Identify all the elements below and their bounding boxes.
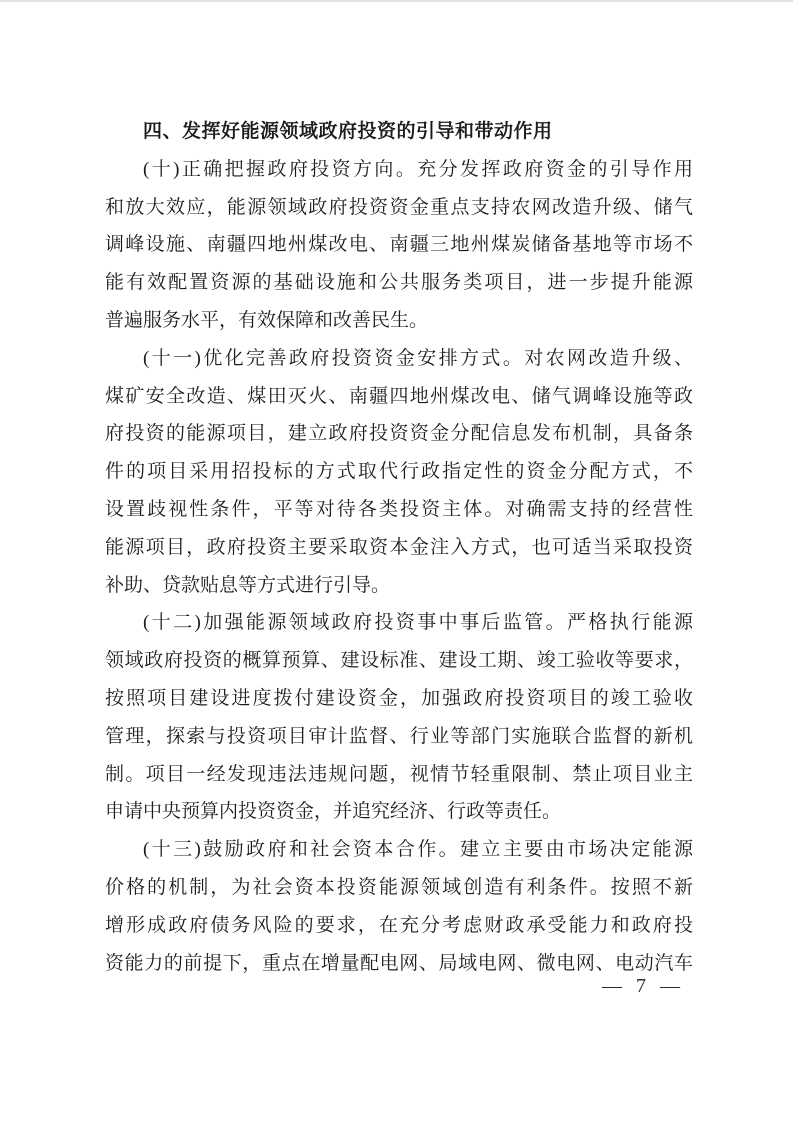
paragraph-line: 和放大效应，能源领域政府投资资金重点支持农网改造升级、储气 <box>105 189 693 227</box>
paragraph-line: (十二)加强能源领域政府投资事中事后监管。严格执行能源 <box>105 604 693 642</box>
paragraph-line: 件的项目采用招投标的方式取代行政指定性的资金分配方式，不 <box>105 453 693 491</box>
document-body: 四、发挥好能源领域政府投资的引导和带动作用 (十)正确把握政府投资方向。充分发挥… <box>105 113 693 982</box>
paragraph-13: (十三)鼓励政府和社会资本合作。建立主要由市场决定能源 价格的机制，为社会资本投… <box>105 831 693 982</box>
page-number: — 7 — <box>105 972 680 1000</box>
paragraph-line: 价格的机制，为社会资本投资能源领域创造有利条件。按照不新 <box>105 869 693 907</box>
paragraph-12: (十二)加强能源领域政府投资事中事后监管。严格执行能源 领域政府投资的概算预算、… <box>105 604 693 831</box>
paragraph-line: 申请中央预算内投资资金，并追究经济、行政等责任。 <box>105 793 693 831</box>
paragraph-line: 制。项目一经发现违法违规问题，视情节轻重限制、禁止项目业主 <box>105 756 693 794</box>
paragraph-line: 能有效配置资源的基础设施和公共服务类项目，进一步提升能源 <box>105 264 693 302</box>
paragraph-line: 领域政府投资的概算预算、建设标准、建设工期、竣工验收等要求， <box>105 642 693 680</box>
paragraph-line: 府投资的能源项目，建立政府投资资金分配信息发布机制，具备条 <box>105 415 693 453</box>
paragraph-line: 调峰设施、南疆四地州煤改电、南疆三地州煤炭储备基地等市场不 <box>105 226 693 264</box>
paragraph-line: 能源项目，政府投资主要采取资本金注入方式，也可适当采取投资 <box>105 529 693 567</box>
document-page: 四、发挥好能源领域政府投资的引导和带动作用 (十)正确把握政府投资方向。充分发挥… <box>0 0 793 1122</box>
paragraph-line: 煤矿安全改造、煤田灭火、南疆四地州煤改电、储气调峰设施等政 <box>105 378 693 416</box>
paragraph-line: (十三)鼓励政府和社会资本合作。建立主要由市场决定能源 <box>105 831 693 869</box>
section-heading: 四、发挥好能源领域政府投资的引导和带动作用 <box>105 113 693 151</box>
paragraph-line: 普遍服务水平，有效保障和改善民生。 <box>105 302 693 340</box>
paragraph-line: 按照项目建设进度拨付建设资金，加强政府投资项目的竣工验收 <box>105 680 693 718</box>
paragraph-line: 增形成政府债务风险的要求，在充分考虑财政承受能力和政府投 <box>105 907 693 945</box>
paragraph-line: 补助、贷款贴息等方式进行引导。 <box>105 567 693 605</box>
paragraph-line: 设置歧视性条件，平等对待各类投资主体。对确需支持的经营性 <box>105 491 693 529</box>
paragraph-line: (十一)优化完善政府投资资金安排方式。对农网改造升级、 <box>105 340 693 378</box>
paragraph-10: (十)正确把握政府投资方向。充分发挥政府资金的引导作用 和放大效应，能源领域政府… <box>105 151 693 340</box>
paragraph-line: (十)正确把握政府投资方向。充分发挥政府资金的引导作用 <box>105 151 693 189</box>
scan-edge-artifact <box>0 0 793 2</box>
paragraph-11: (十一)优化完善政府投资资金安排方式。对农网改造升级、 煤矿安全改造、煤田灭火、… <box>105 340 693 605</box>
paragraph-line: 管理，探索与投资项目审计监督、行业等部门实施联合监督的新机 <box>105 718 693 756</box>
